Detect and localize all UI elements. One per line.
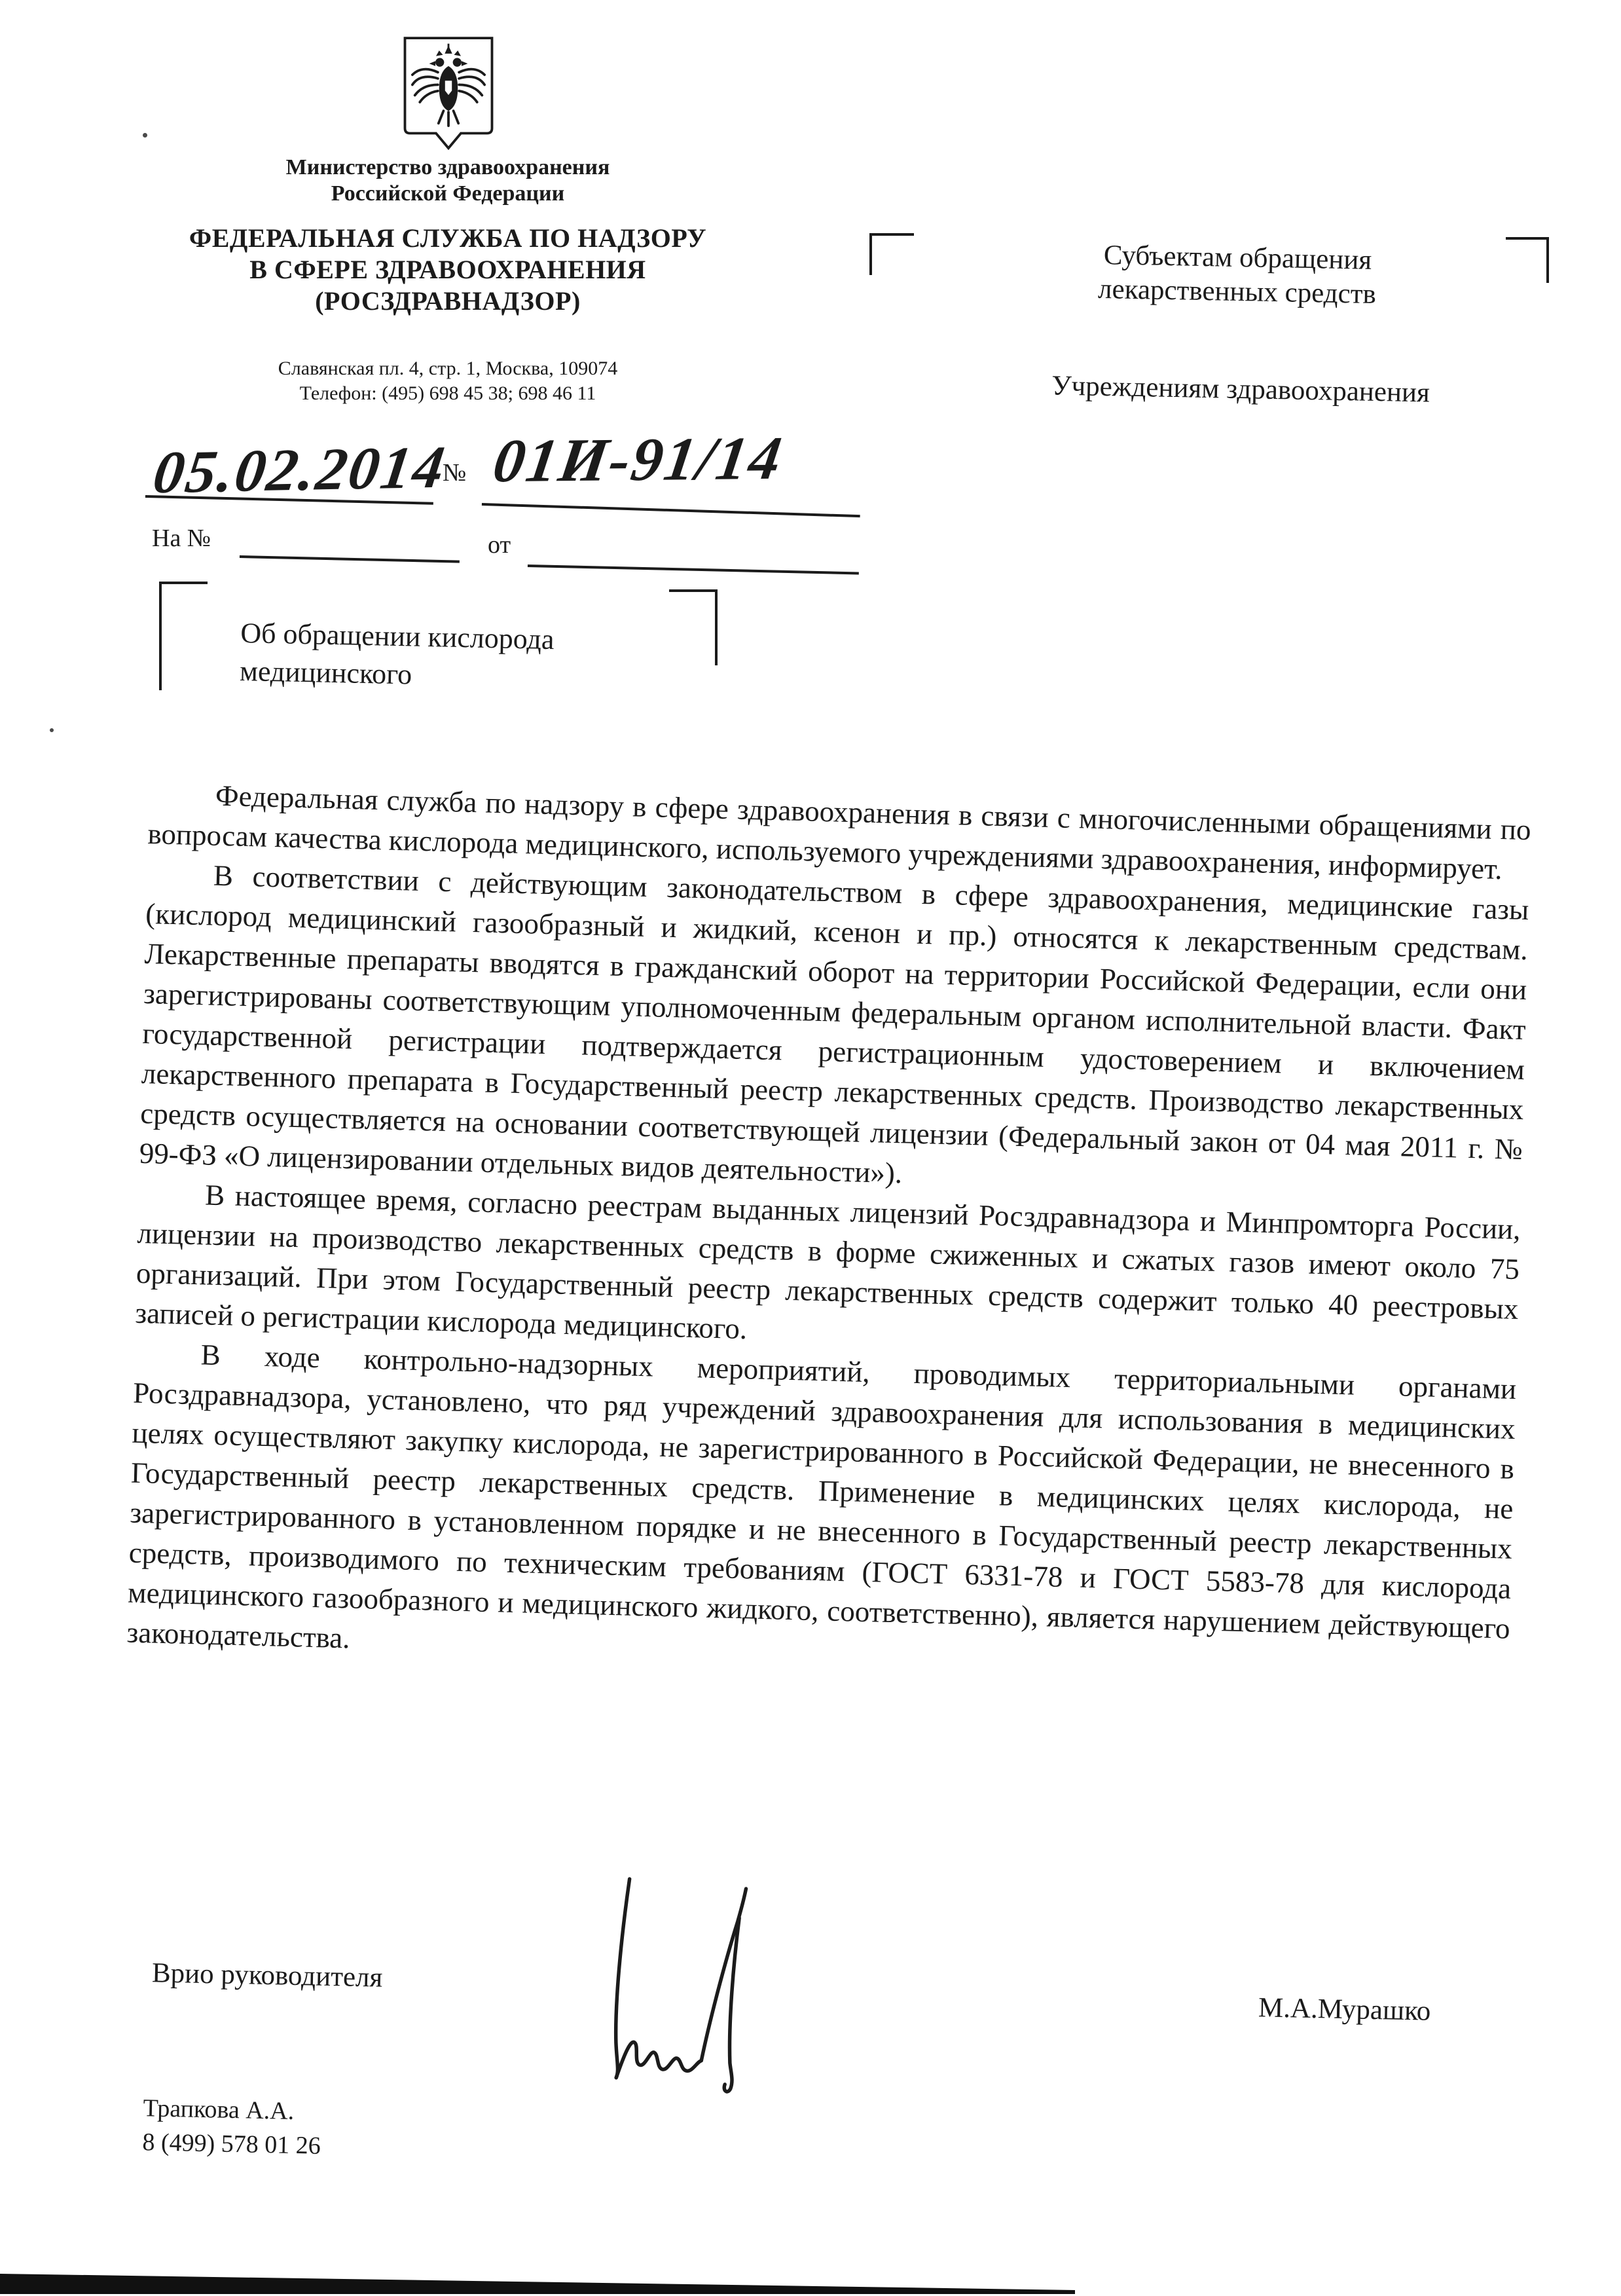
- sender-contact-block: Славянская пл. 4, стр. 1, Москва, 109074…: [149, 356, 746, 406]
- on-number-label: На №: [152, 524, 211, 553]
- body-paragraph-4: В ходе контрольно-надзорных мероприятий,…: [126, 1333, 1517, 1689]
- from-label: от: [488, 530, 511, 559]
- signer-position-title: Врио руководителя: [152, 1957, 383, 1993]
- scanned-letter-page: Министерство здравоохранения Российской …: [0, 0, 1621, 2296]
- ministry-line-1: Министерство здравоохранения: [149, 155, 746, 181]
- from-blank-line: [528, 565, 859, 574]
- letter-body: Федеральная служба по надзору в сфере зд…: [126, 774, 1531, 1689]
- subject-block: Об обращении кислорода медицинского: [240, 614, 738, 701]
- body-paragraph-2: В соответствии с действующим законодател…: [139, 854, 1529, 1210]
- service-line-1: ФЕДЕРАЛЬНАЯ СЛУЖБА ПО НАДЗОРУ: [149, 223, 746, 254]
- russian-coat-of-arms-icon: [399, 34, 498, 157]
- recipient-corner-mark-left: [869, 233, 914, 275]
- scan-artifact-bottom-edge: [0, 2267, 1075, 2296]
- ministry-title: Министерство здравоохранения Российской …: [149, 155, 746, 207]
- signer-name: М.А.Мурашко: [1258, 1991, 1431, 2028]
- recipient-corner-mark-right: [1506, 237, 1549, 283]
- sender-address: Славянская пл. 4, стр. 1, Москва, 109074: [149, 356, 746, 381]
- handwritten-outgoing-number: 01И-91/14: [489, 423, 788, 497]
- executor-contact-block: Трапкова А.А. 8 (499) 578 01 26: [142, 2091, 321, 2163]
- scan-speck: [143, 133, 147, 138]
- service-line-3: (РОСЗДРАВНАДЗОР): [149, 286, 746, 317]
- recipient-line-3: Учреждениям здравоохранения: [953, 368, 1529, 411]
- sender-phone: Телефон: (495) 698 45 38; 698 46 11: [149, 381, 746, 406]
- executor-phone: 8 (499) 578 01 26: [142, 2125, 321, 2163]
- on-number-blank-line: [240, 555, 460, 563]
- service-line-2: В СФЕРЕ ЗДРАВООХРАНЕНИЯ: [149, 254, 746, 286]
- service-title: ФЕДЕРАЛЬНАЯ СЛУЖБА ПО НАДЗОРУ В СФЕРЕ ЗД…: [149, 223, 746, 317]
- subject-corner-mark-left: [159, 582, 208, 690]
- scan-speck: [50, 728, 54, 732]
- ministry-line-2: Российской Федерации: [149, 181, 746, 207]
- number-sign-label: №: [443, 458, 466, 487]
- handwritten-signature-icon: [554, 1870, 791, 2104]
- executor-name: Трапкова А.А.: [143, 2091, 321, 2129]
- number-underline: [482, 503, 860, 517]
- recipient-block: Субъектам обращения лекарственных средст…: [981, 236, 1493, 314]
